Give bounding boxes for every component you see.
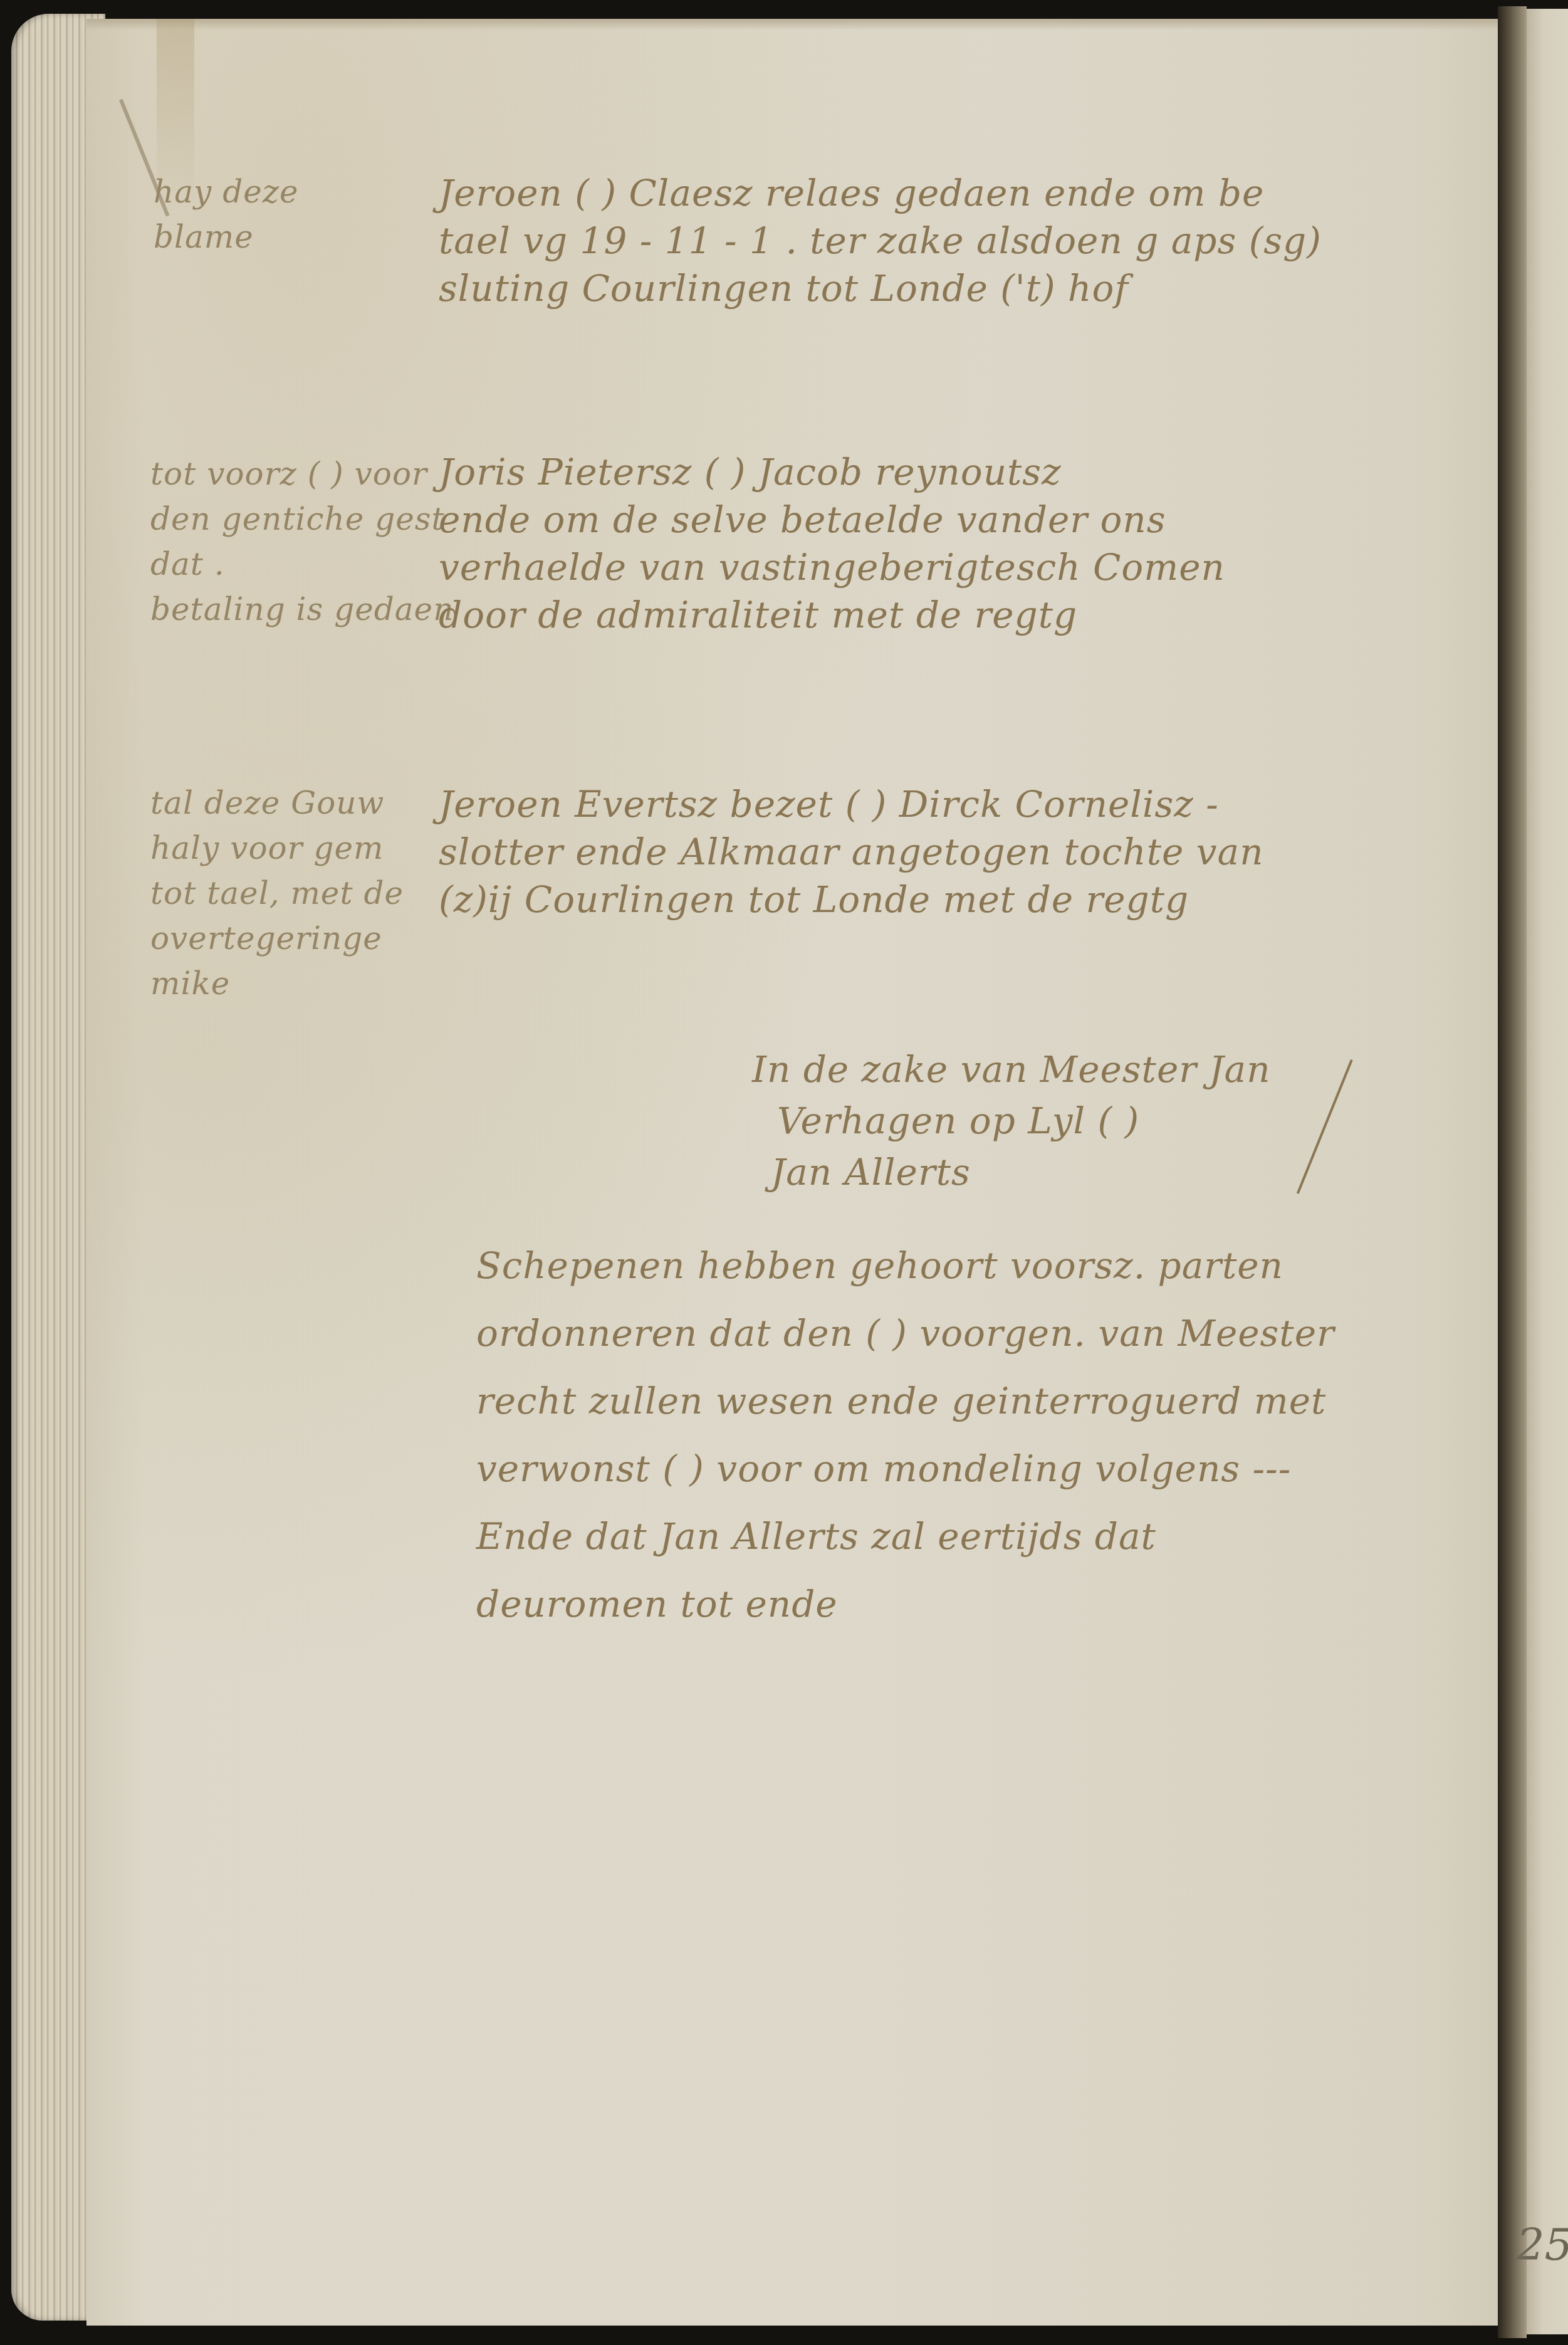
margin-line: mike (150, 961, 404, 1006)
folio-number: 25 (1517, 2219, 1568, 2270)
book-gutter (1498, 6, 1527, 2338)
margin-line: tot tael, met de (150, 871, 404, 916)
text-line: (z)ij Courlingen tot Londe met de regtg (439, 876, 1264, 923)
case-ruling-body: Schepenen hebben gehoort voorsz. parten … (476, 1232, 1335, 1638)
text-line: Jeroen ( ) Claesz relaes gedaen ende om … (439, 169, 1322, 217)
text-line: Ende dat Jan Allerts zal eertijds dat (476, 1503, 1335, 1570)
margin-line: haly voor gem (150, 826, 404, 871)
text-line: tael vg 19 - 11 - 1 . ter zake alsdoen g… (439, 217, 1322, 265)
entry-3-margin-note: tal deze Gouw haly voor gem tot tael, me… (150, 780, 404, 1006)
entry-1-body: Jeroen ( ) Claesz relaes gedaen ende om … (439, 169, 1322, 312)
case-heading-line: Verhagen op Lyl ( ) (752, 1095, 1271, 1146)
text-line: deuromen tot ende (476, 1570, 1335, 1638)
text-line: slotter ende Alkmaar angetogen tochte va… (439, 828, 1264, 876)
margin-line: tot voorz ( ) voor (150, 451, 454, 496)
entry-2-margin-note: tot voorz ( ) voor den gentiche gest dat… (150, 451, 454, 632)
margin-line: den gentiche gest (150, 496, 454, 542)
case-heading-line: Jan Allerts (752, 1146, 1271, 1198)
text-line: Jeroen Evertsz bezet ( ) Dirck Cornelisz… (439, 780, 1264, 828)
entry-3-body: Jeroen Evertsz bezet ( ) Dirck Cornelisz… (439, 780, 1264, 923)
text-line: Schepenen hebben gehoort voorsz. parten (476, 1232, 1335, 1299)
case-heading: In de zake van Meester Jan Verhagen op L… (752, 1044, 1271, 1198)
facing-page-edge (1527, 9, 1568, 2334)
margin-line: hay deze (154, 169, 299, 214)
margin-line: dat . (150, 542, 454, 587)
entry-2-body: Joris Pietersz ( ) Jacob reynoutsz ende … (439, 448, 1225, 639)
manuscript-scan: 25 hay deze blame Jeroen ( ) Claesz rela… (0, 0, 1568, 2345)
margin-line: tal deze Gouw (150, 780, 404, 826)
margin-line: betaling is gedaen (150, 587, 454, 632)
text-line: ende om de selve betaelde vander ons (439, 496, 1225, 543)
text-line: recht zullen wesen ende geinterroguerd m… (476, 1367, 1335, 1435)
text-line: ordonneren dat den ( ) voorgen. van Mees… (476, 1299, 1335, 1367)
margin-line: blame (154, 214, 299, 260)
text-line: sluting Courlingen tot Londe ('t) hof (439, 265, 1322, 312)
text-line: Joris Pietersz ( ) Jacob reynoutsz (439, 448, 1225, 496)
case-heading-line: In de zake van Meester Jan (752, 1044, 1271, 1095)
entry-1-margin-note: hay deze blame (154, 169, 299, 260)
page-top-edge (86, 19, 1528, 30)
text-line: verhaelde van vastingeberigtesch Comen (439, 543, 1225, 591)
margin-line: overtegeringe (150, 916, 404, 961)
text-line: verwonst ( ) voor om mondeling volgens -… (476, 1435, 1335, 1503)
text-line: door de admiraliteit met de regtg (439, 591, 1225, 639)
